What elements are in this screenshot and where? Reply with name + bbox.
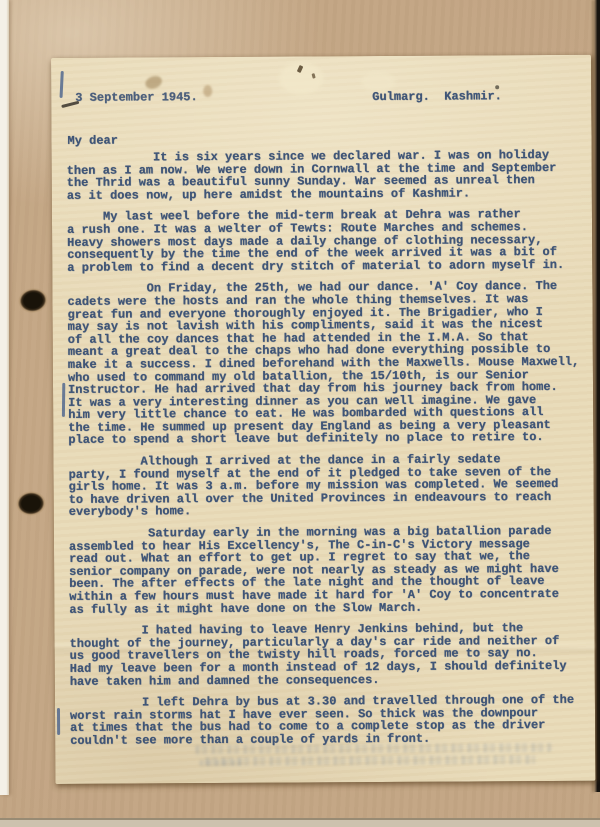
- pen-mark: [62, 383, 65, 417]
- letter-date: 3 September 1945.: [75, 90, 198, 105]
- letter-paragraph: Although I arrived at the dance in a fai…: [68, 453, 593, 519]
- letter-paragraph: I hated having to leave Henry Jenkins be…: [69, 622, 594, 688]
- letter-scan: 3 September 1945. Gulmarg. Kashmir. My d…: [0, 0, 600, 827]
- pen-mark: [57, 708, 60, 735]
- ink-bleedthrough: [199, 760, 241, 766]
- book-dark-edge: [594, 0, 600, 792]
- ink-bleedthrough: [205, 755, 535, 766]
- letter-page: 3 September 1945. Gulmarg. Kashmir. My d…: [51, 55, 595, 784]
- pen-mark: [60, 71, 64, 98]
- paper-stain: [203, 85, 212, 97]
- letter-paragraph: On Friday, the 25th, we had our dance. '…: [67, 280, 593, 447]
- letter-paragraph: It is six years since we declared war. I…: [67, 149, 592, 203]
- letter-paragraph: Saturday early in the morning was a big …: [69, 525, 595, 616]
- punch-hole-top: [16, 286, 49, 315]
- letter-paragraph: I left Dehra by bus at 3.30 and travelle…: [70, 694, 595, 748]
- ink-bleedthrough: [195, 743, 551, 754]
- letter-paragraph: My last weel before the mid-term break a…: [67, 208, 592, 274]
- punch-hole-bottom: [15, 490, 47, 517]
- letter-place: Gulmarg. Kashmir.: [372, 89, 502, 104]
- album-bottom-edge: [0, 818, 600, 827]
- paper-stain: [144, 74, 164, 91]
- letter-salutation: My dear: [67, 134, 118, 148]
- letter-body: It is six years since we declared war. I…: [67, 149, 596, 748]
- album-left-edge: [0, 0, 9, 795]
